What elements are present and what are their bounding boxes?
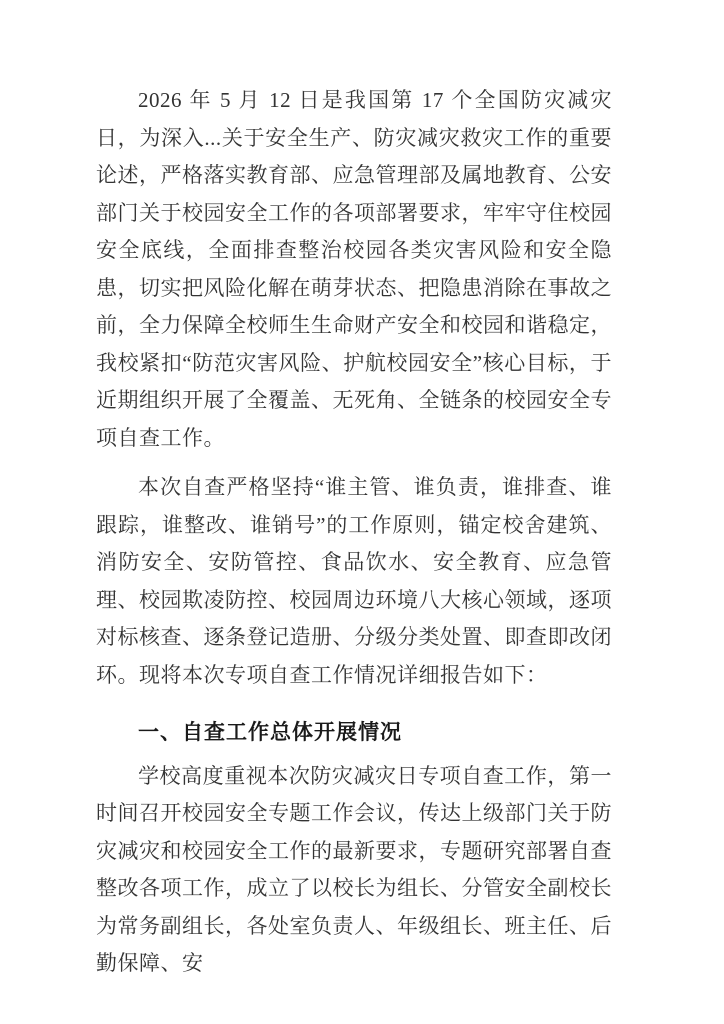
paragraph-principles: 本次自查严格坚持“谁主管、谁负责，谁排查、谁跟踪，谁整改、谁销号”的工作原则，锚… [96, 469, 612, 694]
document-page: 2026 年 5 月 12 日是我国第 17 个全国防灾减灾日，为深入...关于… [0, 0, 724, 1024]
section-heading-overall-progress: 一、自查工作总体开展情况 [96, 714, 612, 752]
paragraph-school-response: 学校高度重视本次防灾减灾日专项自查工作，第一时间召开校园安全专题工作会议，传达上… [96, 758, 612, 983]
paragraph-intro: 2026 年 5 月 12 日是我国第 17 个全国防灾减灾日，为深入...关于… [96, 82, 612, 457]
